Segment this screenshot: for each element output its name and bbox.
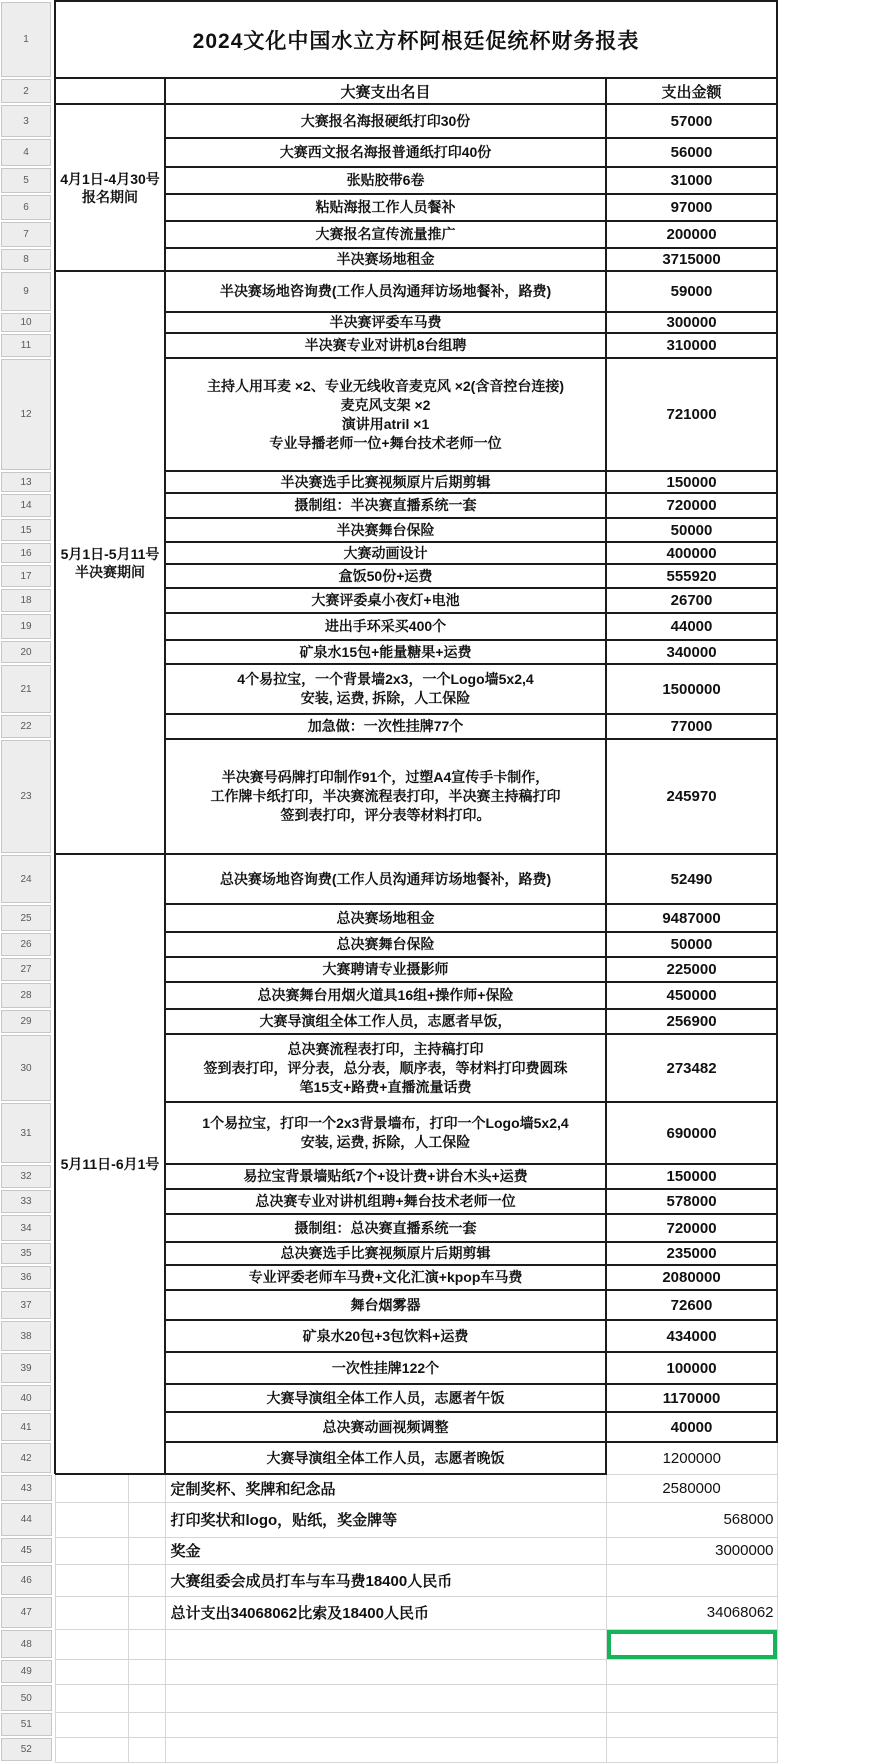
date-group-cell[interactable]: 4月1日-4月30号报名期间: [55, 104, 165, 271]
empty-cell[interactable]: [55, 1564, 128, 1596]
amount-cell[interactable]: 72600: [606, 1290, 777, 1320]
item-cell[interactable]: 大赛导演组全体工作人员，志愿者早饭，: [165, 1009, 606, 1034]
empty-area: [777, 1502, 890, 1537]
empty-cell[interactable]: [606, 1712, 777, 1737]
empty-cell[interactable]: [55, 1596, 128, 1629]
amount-column-header[interactable]: 支出金额: [606, 78, 777, 104]
spreadsheet: 12024文化中国水立方杯阿根廷促统杯财务报表 2大赛支出名目支出金额 34月1…: [0, 0, 890, 1763]
empty-cell[interactable]: [128, 1737, 165, 1762]
empty-area: [777, 1189, 890, 1214]
amount-cell[interactable]: 97000: [606, 194, 777, 221]
empty-area: [777, 640, 890, 664]
amount-cell[interactable]: 31000: [606, 167, 777, 194]
row-header-24[interactable]: 24: [0, 854, 55, 904]
empty-area: [777, 271, 890, 312]
amount-cell[interactable]: 721000: [606, 358, 777, 471]
row-number: 7: [1, 222, 51, 247]
empty-area: [777, 542, 890, 564]
amount-cell[interactable]: 50000: [606, 932, 777, 957]
empty-area: [777, 1537, 890, 1564]
amount-cell[interactable]: 56000: [606, 138, 777, 167]
row-number: 43: [1, 1475, 52, 1501]
empty-area: [777, 1034, 890, 1102]
empty-area: [777, 739, 890, 854]
item-cell[interactable]: 总决赛场地租金: [165, 904, 606, 932]
empty-area: [777, 1629, 890, 1659]
row-header-5[interactable]: 5: [0, 167, 55, 194]
row-header-31[interactable]: 31: [0, 1102, 55, 1164]
empty-area: [777, 932, 890, 957]
row-header-35[interactable]: 35: [0, 1242, 55, 1265]
empty-area: [777, 358, 890, 471]
amount-cell[interactable]: 690000: [606, 1102, 777, 1164]
amount-cell[interactable]: 245970: [606, 739, 777, 854]
amount-cell[interactable]: 77000: [606, 714, 777, 739]
row-number: 48: [1, 1630, 52, 1658]
amount-cell[interactable]: 1200000: [606, 1442, 777, 1474]
row-number: 14: [1, 494, 51, 517]
empty-cell[interactable]: [128, 1596, 165, 1629]
row-header-48[interactable]: 48: [0, 1629, 55, 1659]
row-number: 1: [1, 2, 51, 77]
amount-cell[interactable]: 59000: [606, 271, 777, 312]
row-number: 38: [1, 1321, 51, 1351]
empty-area: [777, 1009, 890, 1034]
row-number: 9: [1, 272, 51, 311]
row-number: 22: [1, 715, 51, 738]
empty-cell[interactable]: [606, 1684, 777, 1712]
amount-cell[interactable]: 568000: [606, 1502, 777, 1537]
item-cell[interactable]: 半决赛场地租金: [165, 248, 606, 271]
row-number: 20: [1, 641, 51, 663]
item-cell[interactable]: 大赛组委会成员打车与车马费18400人民币: [165, 1564, 606, 1596]
row-header-27[interactable]: 27: [0, 957, 55, 982]
item-cell[interactable]: 总决赛舞台保险: [165, 932, 606, 957]
row-header-50[interactable]: 50: [0, 1684, 55, 1712]
item-cell[interactable]: 大赛报名宣传流量推广: [165, 221, 606, 248]
empty-area: [777, 104, 890, 138]
row-number: 21: [1, 665, 51, 713]
empty-cell[interactable]: [55, 1537, 128, 1564]
empty-area: [777, 138, 890, 167]
empty-area: [777, 333, 890, 358]
amount-cell[interactable]: 1500000: [606, 664, 777, 714]
empty-cell[interactable]: [606, 1737, 777, 1762]
selected-cell[interactable]: [606, 1629, 777, 1659]
row-header-3[interactable]: 3: [0, 104, 55, 138]
empty-area: [777, 1164, 890, 1189]
item-cell[interactable]: 大赛导演组全体工作人员，志愿者午饭: [165, 1384, 606, 1412]
item-cell[interactable]: 4个易拉宝，一个背景墙2x3，一个Logo墙5x2,4 安装, 运费, 拆除，人…: [165, 664, 606, 714]
item-cell[interactable]: 半决赛专业对讲机8台组聘: [165, 333, 606, 358]
item-cell[interactable]: 定制奖杯、奖牌和纪念品: [165, 1474, 606, 1502]
date-group-cell[interactable]: 5月11日-6月1号: [55, 854, 165, 1474]
row-number: 5: [1, 168, 51, 193]
row-header-37[interactable]: 37: [0, 1290, 55, 1320]
row-number: 50: [1, 1685, 52, 1711]
empty-area: [777, 1684, 890, 1712]
item-cell[interactable]: 大赛动画设计: [165, 542, 606, 564]
amount-cell[interactable]: 400000: [606, 542, 777, 564]
item-cell[interactable]: 大赛报名海报硬纸打印30份: [165, 104, 606, 138]
amount-cell[interactable]: 225000: [606, 957, 777, 982]
item-cell[interactable]: 进出手环采买400个: [165, 613, 606, 640]
amount-cell[interactable]: 50000: [606, 518, 777, 542]
empty-area: [777, 1564, 890, 1596]
amount-cell[interactable]: 300000: [606, 312, 777, 333]
row-number: 11: [1, 334, 51, 357]
row-header-10[interactable]: 10: [0, 312, 55, 333]
empty-area: [777, 1320, 890, 1352]
item-cell[interactable]: 摄制组：总决赛直播系统一套: [165, 1214, 606, 1242]
row-header-44[interactable]: 44: [0, 1502, 55, 1537]
row-header-17[interactable]: 17: [0, 564, 55, 588]
amount-cell[interactable]: 40000: [606, 1412, 777, 1442]
empty-cell[interactable]: [128, 1659, 165, 1684]
row-header-28[interactable]: 28: [0, 982, 55, 1009]
amount-cell[interactable]: 57000: [606, 104, 777, 138]
empty-area: [777, 1659, 890, 1684]
row-header-49[interactable]: 49: [0, 1659, 55, 1684]
row-header-30[interactable]: 30: [0, 1034, 55, 1102]
empty-area: [777, 957, 890, 982]
amount-cell[interactable]: 2580000: [606, 1474, 777, 1502]
empty-area: [777, 664, 890, 714]
row-header-16[interactable]: 16: [0, 542, 55, 564]
item-cell[interactable]: 摄制组：半决赛直播系统一套: [165, 493, 606, 518]
row-header-4[interactable]: 4: [0, 138, 55, 167]
row-header-1[interactable]: 1: [0, 1, 55, 78]
empty-cell[interactable]: [165, 1684, 606, 1712]
item-cell[interactable]: 半决赛评委车马费: [165, 312, 606, 333]
amount-cell[interactable]: 100000: [606, 1352, 777, 1384]
row-number: 52: [1, 1738, 52, 1761]
empty-cell[interactable]: [165, 1659, 606, 1684]
empty-area: [777, 1, 890, 78]
row-header-7[interactable]: 7: [0, 221, 55, 248]
amount-cell[interactable]: 235000: [606, 1242, 777, 1265]
row-header-9[interactable]: 9: [0, 271, 55, 312]
row-number: 28: [1, 983, 51, 1008]
empty-area: [777, 1352, 890, 1384]
empty-area: [777, 564, 890, 588]
amount-cell[interactable]: 720000: [606, 493, 777, 518]
item-cell[interactable]: 矿泉水15包+能量糖果+运费: [165, 640, 606, 664]
empty-area: [777, 854, 890, 904]
empty-area: [777, 1384, 890, 1412]
item-cell[interactable]: 主持人用耳麦 ×2、专业无线收音麦克风 ×2(含音控台连接) 麦克风支架 ×2 …: [165, 358, 606, 471]
empty-area: [777, 1242, 890, 1265]
empty-area: [777, 1290, 890, 1320]
amount-cell[interactable]: 340000: [606, 640, 777, 664]
row-number: 6: [1, 195, 51, 220]
row-number: 45: [1, 1538, 52, 1563]
row-number: 26: [1, 933, 51, 956]
row-number: 40: [1, 1385, 51, 1411]
item-cell[interactable]: 加急做：一次性挂牌77个: [165, 714, 606, 739]
row-number: 18: [1, 589, 51, 612]
row-header-47[interactable]: 47: [0, 1596, 55, 1629]
empty-cell[interactable]: [128, 1474, 165, 1502]
date-group-cell[interactable]: 5月1日-5月11号半决赛期间: [55, 271, 165, 854]
item-cell[interactable]: 舞台烟雾器: [165, 1290, 606, 1320]
row-header-22[interactable]: 22: [0, 714, 55, 739]
row-number: 32: [1, 1165, 51, 1188]
empty-cell[interactable]: [606, 1659, 777, 1684]
row-number: 13: [1, 472, 51, 492]
row-number: 36: [1, 1266, 51, 1289]
empty-cell[interactable]: [55, 1474, 128, 1502]
row-header-39[interactable]: 39: [0, 1352, 55, 1384]
row-header-12[interactable]: 12: [0, 358, 55, 471]
amount-cell[interactable]: 256900: [606, 1009, 777, 1034]
empty-cell[interactable]: [55, 1502, 128, 1537]
item-cell[interactable]: 一次性挂牌122个: [165, 1352, 606, 1384]
row-header-51[interactable]: 51: [0, 1712, 55, 1737]
row-header-14[interactable]: 14: [0, 493, 55, 518]
row-header-20[interactable]: 20: [0, 640, 55, 664]
row-header-32[interactable]: 32: [0, 1164, 55, 1189]
row-header-42[interactable]: 42: [0, 1442, 55, 1474]
row-number: 37: [1, 1291, 51, 1319]
item-column-header[interactable]: 大赛支出名目: [165, 78, 606, 104]
empty-area: [777, 1596, 890, 1629]
row-number: 31: [1, 1103, 51, 1163]
item-cell[interactable]: 大赛导演组全体工作人员，志愿者晚饭: [165, 1442, 606, 1474]
empty-area: [777, 714, 890, 739]
row-number: 51: [1, 1713, 52, 1736]
amount-cell[interactable]: 450000: [606, 982, 777, 1009]
empty-cell[interactable]: [165, 1737, 606, 1762]
row-header-18[interactable]: 18: [0, 588, 55, 613]
row-number: 12: [1, 359, 51, 470]
empty-area: [777, 1474, 890, 1502]
empty-area: [777, 982, 890, 1009]
amount-cell[interactable]: 26700: [606, 588, 777, 613]
row-header-15[interactable]: 15: [0, 518, 55, 542]
row-number: 23: [1, 740, 51, 853]
item-cell[interactable]: 奖金: [165, 1537, 606, 1564]
row-number: 8: [1, 249, 51, 270]
row-header-34[interactable]: 34: [0, 1214, 55, 1242]
row-number: 2: [1, 79, 51, 103]
empty-area: [777, 312, 890, 333]
empty-area: [777, 471, 890, 493]
empty-area: [777, 493, 890, 518]
item-cell[interactable]: 1个易拉宝，打印一个2x3背景墙布，打印一个Logo墙5x2,4 安装, 运费,…: [165, 1102, 606, 1164]
empty-cell[interactable]: [55, 1684, 128, 1712]
amount-cell[interactable]: 200000: [606, 221, 777, 248]
item-cell[interactable]: 盒饭50份+运费: [165, 564, 606, 588]
item-cell[interactable]: 打印奖状和logo，贴纸，奖金牌等: [165, 1502, 606, 1537]
row-number: 49: [1, 1660, 52, 1683]
empty-cell[interactable]: [128, 1684, 165, 1712]
row-header-52[interactable]: 52: [0, 1737, 55, 1762]
empty-area: [777, 1737, 890, 1762]
empty-cell[interactable]: [128, 1564, 165, 1596]
item-cell[interactable]: 大赛聘请专业摄影师: [165, 957, 606, 982]
row-number: 3: [1, 105, 51, 137]
row-header-8[interactable]: 8: [0, 248, 55, 271]
row-header-13[interactable]: 13: [0, 471, 55, 493]
empty-area: [777, 904, 890, 932]
row-header-21[interactable]: 21: [0, 664, 55, 714]
row-number: 33: [1, 1190, 51, 1213]
row-header-41[interactable]: 41: [0, 1412, 55, 1442]
empty-area: [777, 1102, 890, 1164]
amount-cell[interactable]: 1170000: [606, 1384, 777, 1412]
row-number: 17: [1, 565, 51, 587]
item-cell[interactable]: 半决赛场地咨询费(工作人员沟通拜访场地餐补，路费): [165, 271, 606, 312]
row-header-2[interactable]: 2: [0, 78, 55, 104]
row-number: 46: [1, 1565, 52, 1595]
amount-cell[interactable]: 555920: [606, 564, 777, 588]
row-header-36[interactable]: 36: [0, 1265, 55, 1290]
empty-area: [777, 1712, 890, 1737]
row-header-29[interactable]: 29: [0, 1009, 55, 1034]
item-cell[interactable]: 总决赛流程表打印，主持稿打印 签到表打印，评分表，总分表，顺序表，等材料打印费圆…: [165, 1034, 606, 1102]
row-header-11[interactable]: 11: [0, 333, 55, 358]
item-cell[interactable]: 总决赛动画视频调整: [165, 1412, 606, 1442]
row-header-43[interactable]: 43: [0, 1474, 55, 1502]
row-header-6[interactable]: 6: [0, 194, 55, 221]
amount-cell[interactable]: [606, 1564, 777, 1596]
amount-cell[interactable]: 34068062: [606, 1596, 777, 1629]
row-number: 39: [1, 1353, 51, 1383]
item-cell[interactable]: 总决赛场地咨询费(工作人员沟通拜访场地餐补，路费): [165, 854, 606, 904]
item-cell[interactable]: 大赛西文报名海报普通纸打印40份: [165, 138, 606, 167]
row-number: 34: [1, 1215, 51, 1241]
amount-cell[interactable]: 578000: [606, 1189, 777, 1214]
item-cell[interactable]: 总决赛舞台用烟火道具16组+操作师+保险: [165, 982, 606, 1009]
empty-area: [777, 78, 890, 104]
empty-area: [777, 248, 890, 271]
item-cell[interactable]: 矿泉水20包+3包饮料+运费: [165, 1320, 606, 1352]
empty-cell[interactable]: [165, 1629, 606, 1659]
row-number: 4: [1, 139, 51, 166]
row-header-19[interactable]: 19: [0, 613, 55, 640]
amount-cell[interactable]: 150000: [606, 471, 777, 493]
empty-cell[interactable]: [55, 1629, 128, 1659]
item-cell[interactable]: 大赛评委桌小夜灯+电池: [165, 588, 606, 613]
row-number: 16: [1, 543, 51, 563]
empty-area: [777, 1214, 890, 1242]
amount-cell[interactable]: 52490: [606, 854, 777, 904]
row-header-40[interactable]: 40: [0, 1384, 55, 1412]
empty-area: [777, 167, 890, 194]
row-number: 15: [1, 519, 51, 541]
amount-cell[interactable]: 2080000: [606, 1265, 777, 1290]
amount-cell[interactable]: 150000: [606, 1164, 777, 1189]
empty-area: [777, 1442, 890, 1474]
empty-cell[interactable]: [55, 1659, 128, 1684]
empty-cell[interactable]: [165, 1712, 606, 1737]
item-cell[interactable]: 半决赛选手比赛视频原片后期剪辑: [165, 471, 606, 493]
empty-area: [777, 613, 890, 640]
item-cell[interactable]: 张贴胶带6卷: [165, 167, 606, 194]
row-header-25[interactable]: 25: [0, 904, 55, 932]
item-cell[interactable]: 总决赛选手比赛视频原片后期剪辑: [165, 1242, 606, 1265]
amount-cell[interactable]: 720000: [606, 1214, 777, 1242]
item-cell[interactable]: 总决赛专业对讲机组聘+舞台技术老师一位: [165, 1189, 606, 1214]
empty-cell[interactable]: [128, 1629, 165, 1659]
empty-area: [777, 518, 890, 542]
item-cell[interactable]: 易拉宝背景墙贴纸7个+设计费+讲台木头+运费: [165, 1164, 606, 1189]
item-cell[interactable]: 粘贴海报工作人员餐补: [165, 194, 606, 221]
empty-date-header-cell[interactable]: [55, 78, 165, 104]
row-number: 47: [1, 1597, 52, 1628]
amount-cell[interactable]: 434000: [606, 1320, 777, 1352]
amount-cell[interactable]: 9487000: [606, 904, 777, 932]
row-header-33[interactable]: 33: [0, 1189, 55, 1214]
empty-cell[interactable]: [55, 1737, 128, 1762]
empty-area: [777, 194, 890, 221]
row-number: 25: [1, 905, 51, 931]
empty-area: [777, 588, 890, 613]
row-number: 29: [1, 1010, 51, 1033]
empty-area: [777, 1412, 890, 1442]
row-number: 41: [1, 1413, 51, 1441]
row-number: 35: [1, 1243, 51, 1264]
item-cell[interactable]: 总计支出34068062比索及18400人民币: [165, 1596, 606, 1629]
amount-cell[interactable]: 3000000: [606, 1537, 777, 1564]
empty-cell[interactable]: [55, 1712, 128, 1737]
empty-area: [777, 221, 890, 248]
row-number: 24: [1, 855, 51, 903]
row-header-23[interactable]: 23: [0, 739, 55, 854]
item-cell[interactable]: 专业评委老师车马费+文化汇演+kpop车马费: [165, 1265, 606, 1290]
row-number: 19: [1, 614, 51, 639]
row-header-26[interactable]: 26: [0, 932, 55, 957]
row-number: 44: [1, 1503, 52, 1536]
amount-cell[interactable]: 3715000: [606, 248, 777, 271]
row-number: 27: [1, 958, 51, 981]
row-header-38[interactable]: 38: [0, 1320, 55, 1352]
report-title-cell[interactable]: 2024文化中国水立方杯阿根廷促统杯财务报表: [55, 1, 777, 78]
item-cell[interactable]: 半决赛号码牌打印制作91个，过塑A4宣传手卡制作， 工作牌卡纸打印，半决赛流程表…: [165, 739, 606, 854]
item-cell[interactable]: 半决赛舞台保险: [165, 518, 606, 542]
row-number: 10: [1, 313, 51, 332]
row-number: 30: [1, 1035, 51, 1101]
empty-area: [777, 1265, 890, 1290]
empty-cell[interactable]: [128, 1712, 165, 1737]
row-header-45[interactable]: 45: [0, 1537, 55, 1564]
empty-cell[interactable]: [128, 1502, 165, 1537]
row-header-46[interactable]: 46: [0, 1564, 55, 1596]
amount-cell[interactable]: 310000: [606, 333, 777, 358]
amount-cell[interactable]: 273482: [606, 1034, 777, 1102]
empty-cell[interactable]: [128, 1537, 165, 1564]
row-number: 42: [1, 1443, 51, 1473]
amount-cell[interactable]: 44000: [606, 613, 777, 640]
